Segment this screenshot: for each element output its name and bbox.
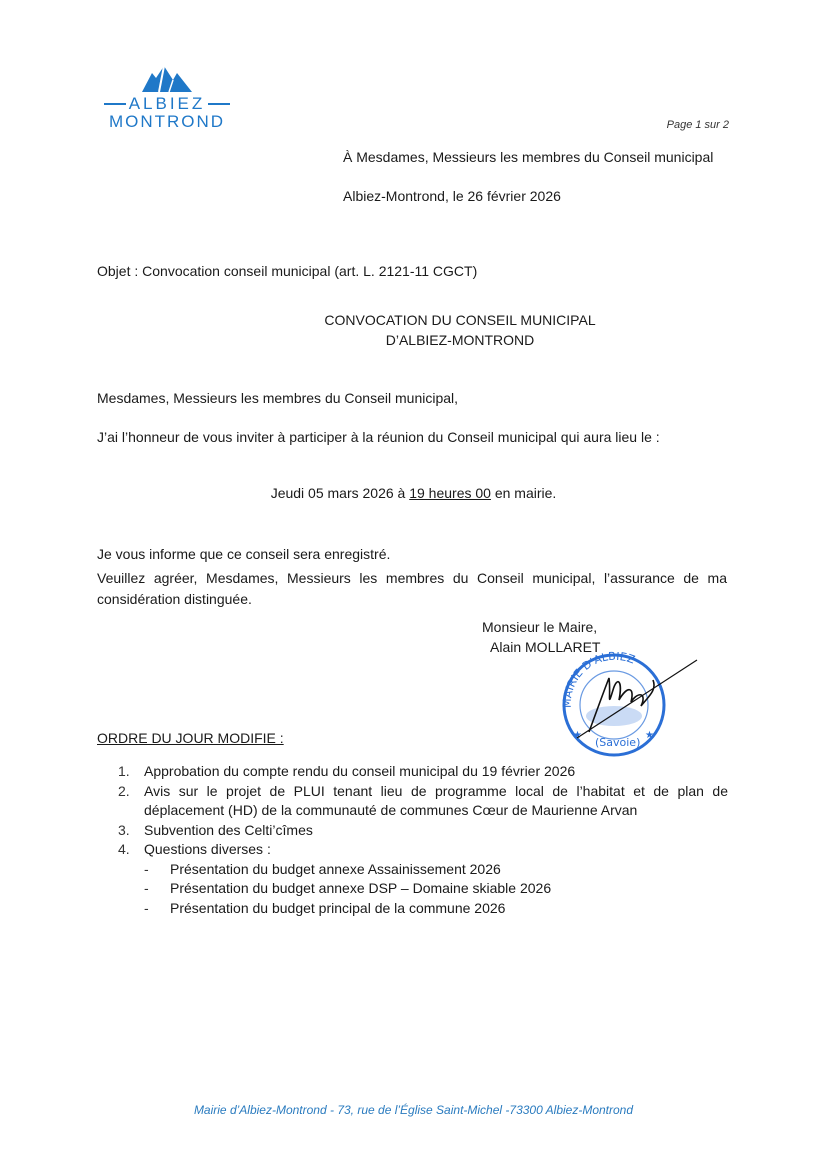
- agenda-sub-item: - Présentation du budget annexe DSP – Do…: [144, 879, 728, 899]
- recording-notice: Je vous informe que ce conseil sera enre…: [97, 542, 727, 566]
- footer-address: Mairie d’Albiez-Montrond - 73, rue de l’…: [0, 1103, 827, 1117]
- agenda-sub-item: - Présentation du budget principal de la…: [144, 899, 728, 919]
- closing-formula: Veuillez agréer, Mesdames, Messieurs les…: [97, 568, 727, 610]
- svg-text:(Savoie): (Savoie): [595, 736, 640, 749]
- title-line2: D’ALBIEZ-MONTROND: [240, 330, 680, 350]
- agenda-sub-item-text: Présentation du budget annexe Assainisse…: [170, 860, 501, 880]
- title-line1: CONVOCATION DU CONSEIL MUNICIPAL: [240, 310, 680, 330]
- official-stamp-icon: MAIRIE D'ALBIEZ (Savoie) ★ ★: [557, 650, 707, 760]
- svg-text:★: ★: [645, 730, 654, 741]
- mairie-stamp: MAIRIE D'ALBIEZ (Savoie) ★ ★: [557, 650, 672, 755]
- agenda-title: ORDRE DU JOUR MODIFIE :: [97, 730, 284, 746]
- agenda-item-text: Subvention des Celti’cîmes: [144, 821, 728, 841]
- agenda-item: 3. Subvention des Celti’cîmes: [118, 821, 728, 841]
- agenda-item: 4. Questions diverses :: [118, 840, 728, 860]
- dash-bullet-icon: -: [144, 879, 170, 899]
- logo-right-rule: [208, 103, 230, 105]
- signer-title: Monsieur le Maire,: [482, 617, 600, 637]
- logo-text-albiez: ALBIEZ: [129, 94, 206, 114]
- meeting-details: Jeudi 05 mars 2026 à 19 heures 00 en mai…: [0, 485, 827, 501]
- logo-text-montrond: MONTROND: [96, 112, 238, 132]
- meeting-date: Jeudi 05 mars 2026 à: [271, 485, 410, 501]
- logo-line1: ALBIEZ: [96, 94, 238, 114]
- agenda-sub-item-text: Présentation du budget principal de la c…: [170, 899, 505, 919]
- logo-left-rule: [104, 103, 126, 105]
- agenda-list: 1. Approbation du compte rendu du consei…: [118, 762, 728, 918]
- agenda-item-number: 1.: [118, 762, 144, 782]
- agenda-item-text: Approbation du compte rendu du conseil m…: [144, 762, 728, 782]
- mountain-peaks-icon: [142, 66, 192, 92]
- agenda-item-text: Avis sur le projet de PLUI tenant lieu d…: [144, 782, 728, 821]
- agenda-sub-item: - Présentation du budget annexe Assainis…: [144, 860, 728, 880]
- agenda-item-number: 2.: [118, 782, 144, 821]
- dash-bullet-icon: -: [144, 899, 170, 919]
- agenda-item: 2. Avis sur le projet de PLUI tenant lie…: [118, 782, 728, 821]
- agenda-sub-item-text: Présentation du budget annexe DSP – Doma…: [170, 879, 551, 899]
- agenda-item-text: Questions diverses :: [144, 840, 728, 860]
- intro-paragraph: J’ai l’honneur de vous inviter à partici…: [97, 425, 727, 449]
- agenda-item-number: 4.: [118, 840, 144, 860]
- document-title: CONVOCATION DU CONSEIL MUNICIPAL D’ALBIE…: [240, 310, 680, 350]
- addressee: À Mesdames, Messieurs les membres du Con…: [343, 149, 713, 165]
- greeting: Mesdames, Messieurs les membres du Conse…: [97, 386, 727, 410]
- agenda-item-number: 3.: [118, 821, 144, 841]
- agenda-item: 1. Approbation du compte rendu du consei…: [118, 762, 728, 782]
- meeting-time: 19 heures 00: [409, 485, 491, 501]
- svg-text:MAIRIE D'ALBIEZ: MAIRIE D'ALBIEZ: [561, 650, 637, 708]
- subject-line: Objet : Convocation conseil municipal (a…: [97, 263, 477, 279]
- meeting-location: en mairie.: [491, 485, 556, 501]
- page-indicator: Page 1 sur 2: [667, 119, 729, 131]
- albiez-montrond-logo: ALBIEZ MONTROND: [96, 66, 238, 132]
- dash-bullet-icon: -: [144, 860, 170, 880]
- place-date: Albiez-Montrond, le 26 février 2026: [343, 188, 561, 204]
